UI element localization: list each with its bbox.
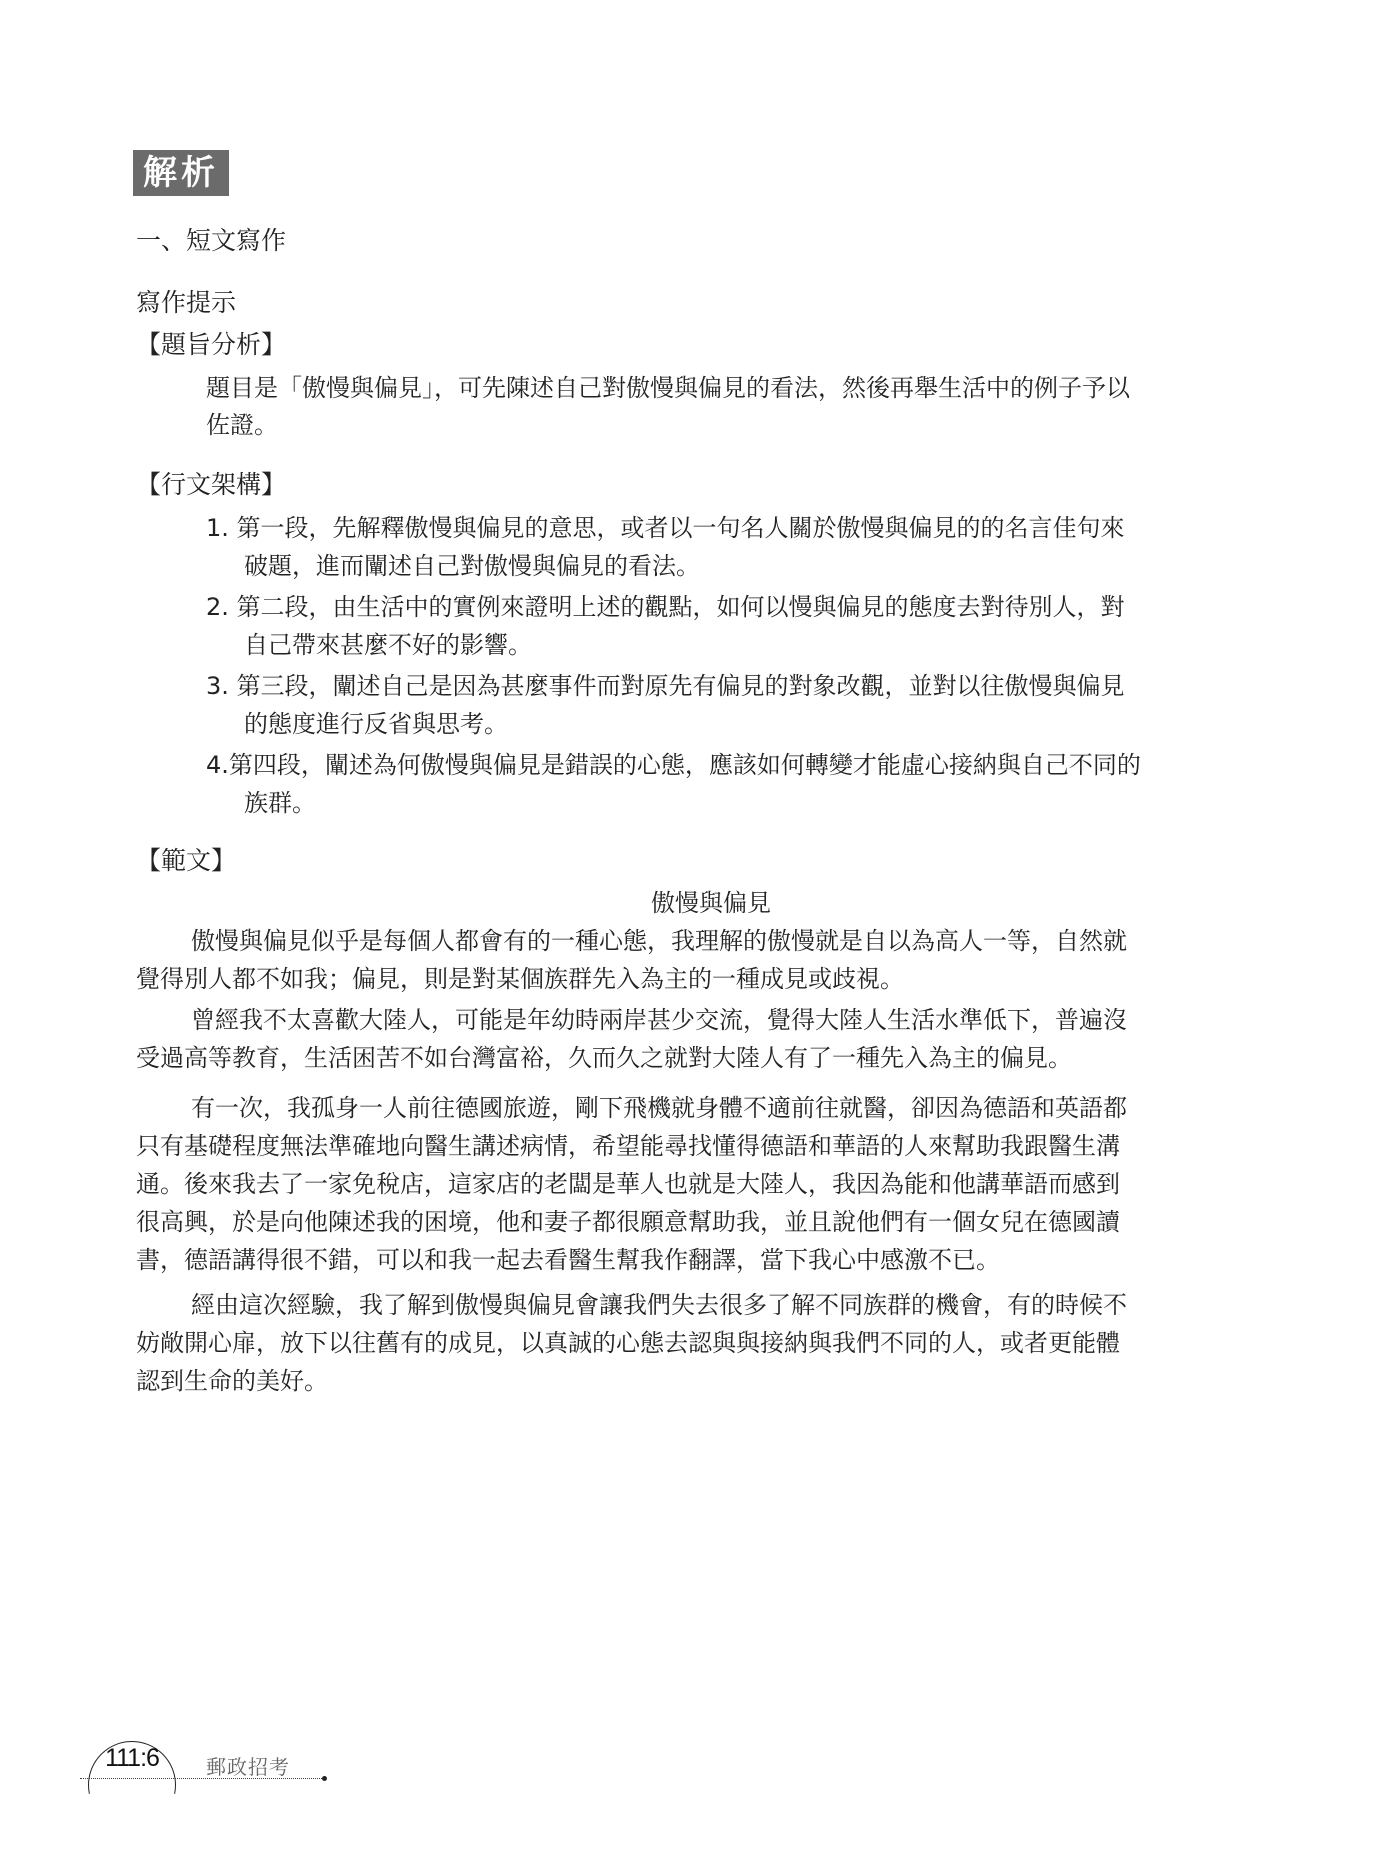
topic-analysis-line: 題目是「傲慢與偏見」，可先陳述自己對傲慢與偏見的看法，然後再舉生活中的例子予以: [206, 373, 1130, 403]
structure-item-2-line: 自己帶來甚麼不好的影響。: [244, 630, 532, 660]
essay-paragraph-4-line: 妨敞開心扉，放下以往舊有的成見，以真誠的心態去認與與接納與我們不同的人，或者更能…: [136, 1328, 1120, 1358]
footer-rule-endpoint-dot: [322, 1776, 327, 1781]
structure-item-4-line: 4.第四段，闡述為何傲慢與偏見是錯誤的心態，應該如何轉變才能虛心接納與自己不同的: [206, 750, 1141, 780]
structure-item-4-line: 族群。: [244, 788, 316, 818]
essay-paragraph-1-line: 覺得別人都不如我；偏見，則是對某個族群先入為主的一種成見或歧視。: [136, 964, 904, 994]
page-number: 111:6: [100, 1744, 164, 1773]
model-essay-heading: 【範文】: [136, 846, 236, 876]
essay-paragraph-4-line: 經由這次經驗，我了解到傲慢與偏見會讓我們失去很多了解不同族群的機會，有的時候不: [191, 1290, 1127, 1320]
essay-paragraph-3-line: 書，德語講得很不錯，可以和我一起去看醫生幫我作翻譯，當下我心中感激不已。: [136, 1245, 1000, 1275]
essay-paragraph-3-line: 通。後來我去了一家免稅店，這家店的老闆是華人也就是大陸人，我因為能和他講華語而感…: [136, 1169, 1120, 1199]
footer-book-title: 郵政招考: [206, 1751, 290, 1780]
essay-paragraph-2-line: 受過高等教育，生活困苦不如台灣富裕，久而久之就對大陸人有了一種先入為主的偏見。: [136, 1043, 1072, 1073]
essay-paragraph-3-line: 只有基礎程度無法準確地向醫生講述病情，希望能尋找懂得德語和華語的人來幫助我跟醫生…: [136, 1131, 1120, 1161]
essay-paragraph-3-line: 有一次，我孤身一人前往德國旅遊，剛下飛機就身體不適前往就醫，卻因為德語和英語都: [191, 1093, 1127, 1123]
structure-item-1-line: 破題，進而闡述自己對傲慢與偏見的看法。: [244, 551, 700, 581]
structure-item-3-line: 3. 第三段，闡述自己是因為甚麼事件而對原先有偏見的對象改觀，並對以往傲慢與偏見: [206, 671, 1125, 701]
structure-item-1-line: 1. 第一段，先解釋傲慢與偏見的意思，或者以一句名人關於傲慢與偏見的的名言佳句來: [206, 513, 1125, 543]
essay-paragraph-3-line: 很高興，於是向他陳述我的困境，他和妻子都很願意幫助我，並且說他們有一個女兒在德國…: [136, 1207, 1120, 1237]
essay-paragraph-4-line: 認到生命的美好。: [136, 1366, 328, 1396]
essay-title: 傲慢與偏見: [651, 888, 771, 918]
topic-analysis-heading: 【題旨分析】: [136, 330, 286, 360]
document-page: 解析 一、短文寫作 寫作提示 【題旨分析】 題目是「傲慢與偏見」，可先陳述自己對…: [0, 0, 1386, 1859]
section-subtitle: 寫作提示: [136, 288, 236, 318]
essay-paragraph-2-line: 曾經我不太喜歡大陸人，可能是年幼時兩岸甚少交流，覺得大陸人生活水準低下，普遍沒: [191, 1005, 1127, 1035]
structure-item-2-line: 2. 第二段，由生活中的實例來證明上述的觀點，如何以慢與偏見的態度去對待別人，對: [206, 592, 1125, 622]
structure-item-3-line: 的態度進行反省與思考。: [244, 709, 508, 739]
topic-analysis-line: 佐證。: [206, 410, 278, 440]
structure-heading: 【行文架構】: [136, 470, 286, 500]
section-title: 一、短文寫作: [136, 226, 286, 256]
analysis-badge: 解析: [133, 150, 229, 196]
essay-paragraph-1-line: 傲慢與偏見似乎是每個人都會有的一種心態，我理解的傲慢就是自以為高人一等，自然就: [191, 926, 1127, 956]
